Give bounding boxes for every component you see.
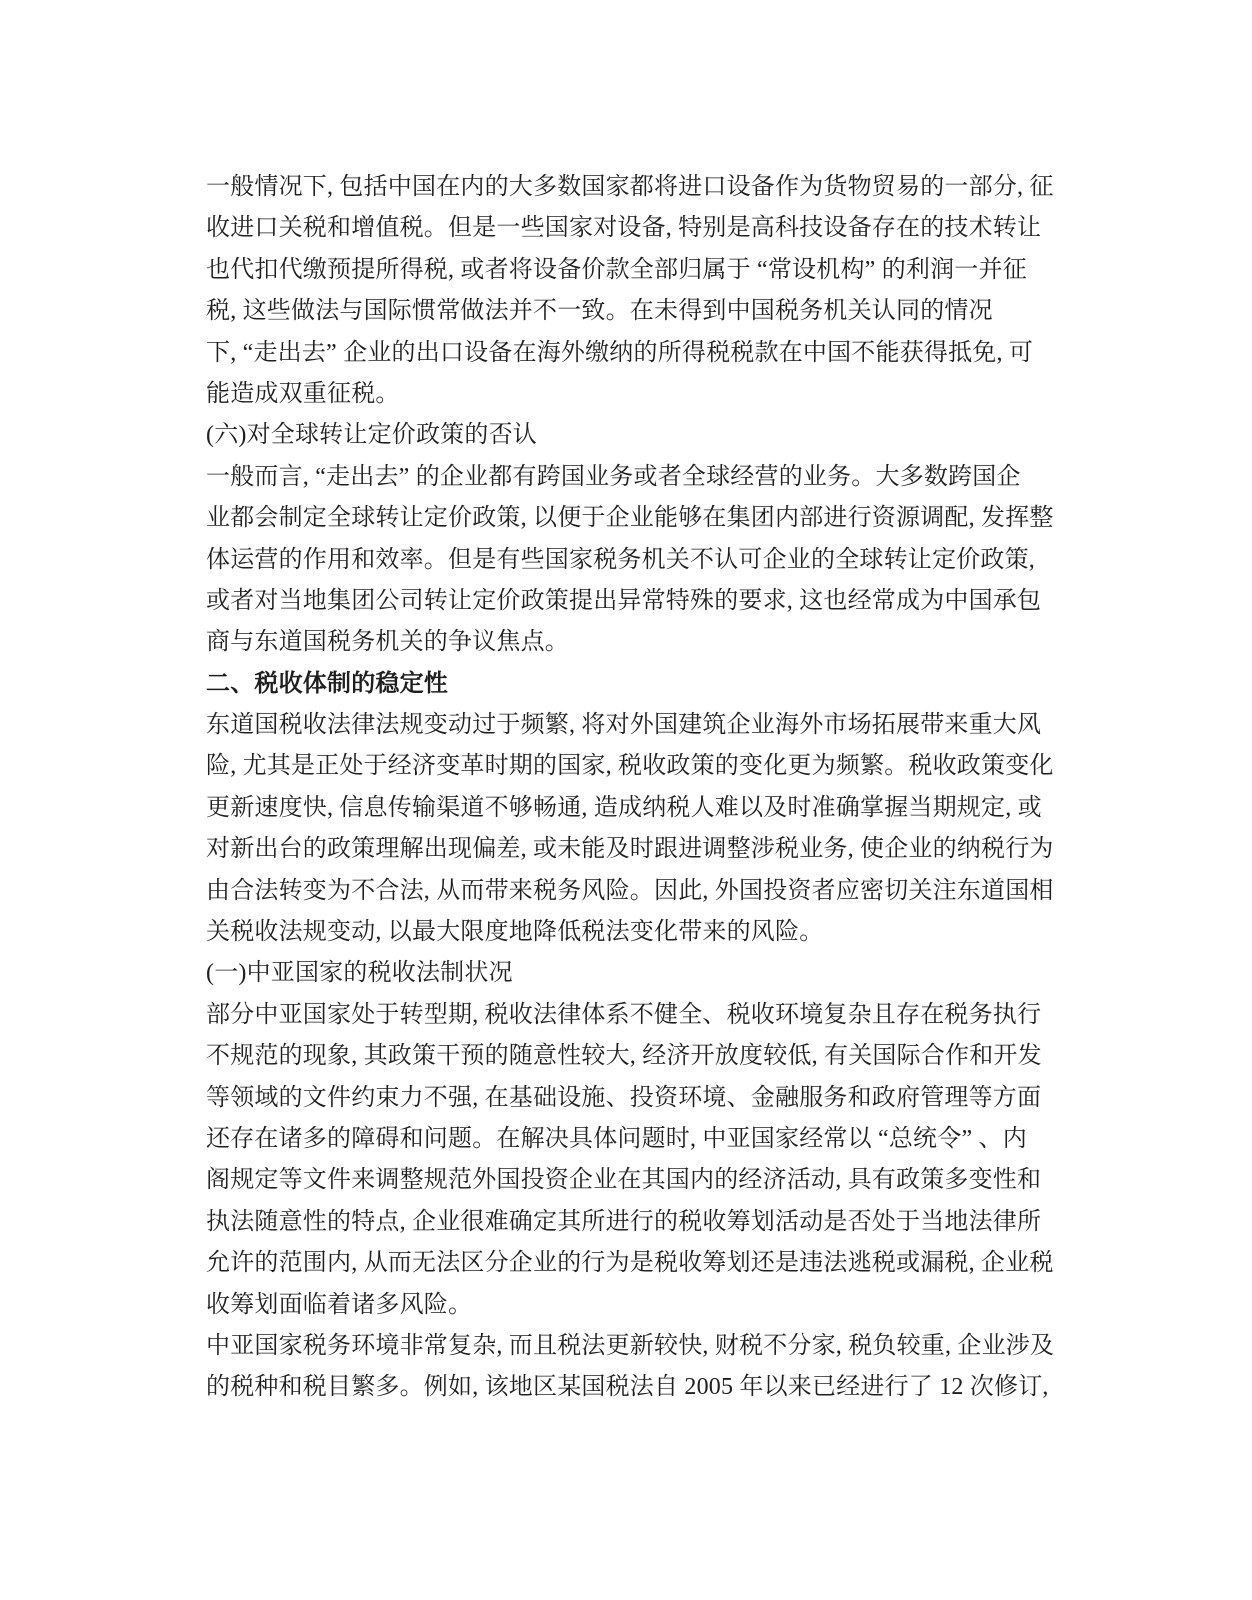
text-line: 下, “走出去” 企业的出口设备在海外缴纳的所得税税款在中国不能获得抵免, 可 bbox=[206, 333, 1052, 374]
text-line: 东道国税收法律法规变动过于频繁, 将对外国建筑企业海外市场拓展带来重大风 bbox=[206, 705, 1052, 746]
text-line: 由合法转变为不合法, 从而带来税务风险。因此, 外国投资者应密切关注东道国相 bbox=[206, 871, 1052, 912]
document-page: 一般情况下, 包括中国在内的大多数国家都将进口设备作为货物贸易的一部分, 征收进… bbox=[0, 0, 1252, 1600]
text-line: 商与东道国税务机关的争议焦点。 bbox=[206, 622, 1052, 663]
text-line: 或者对当地集团公司转让定价政策提出异常特殊的要求, 这也经常成为中国承包 bbox=[206, 581, 1052, 622]
text-line: 体运营的作用和效率。但是有些国家税务机关不认可企业的全球转让定价政策, bbox=[206, 540, 1052, 581]
text-line: 一般情况下, 包括中国在内的大多数国家都将进口设备作为货物贸易的一部分, 征 bbox=[206, 167, 1052, 208]
text-line: 关税收法规变动, 以最大限度地降低税法变化带来的风险。 bbox=[206, 912, 1052, 953]
text-line: 也代扣代缴预提所得税, 或者将设备价款全部归属于 “常设机构” 的利润一并征 bbox=[206, 250, 1052, 291]
text-line: 允许的范围内, 从而无法区分企业的行为是税收筹划还是违法逃税或漏税, 企业税 bbox=[206, 1243, 1052, 1284]
section-heading: 二、税收体制的稳定性 bbox=[206, 664, 1052, 705]
text-line: 部分中亚国家处于转型期, 税收法律体系不健全、税收环境复杂且存在税务执行 bbox=[206, 995, 1052, 1036]
text-line: 险, 尤其是正处于经济变革时期的国家, 税收政策的变化更为频繁。税收政策变化 bbox=[206, 746, 1052, 787]
text-line: 阁规定等文件来调整规范外国投资企业在其国内的经济活动, 具有政策多变性和 bbox=[206, 1160, 1052, 1201]
text-line: 等领域的文件约束力不强, 在基础设施、投资环境、金融服务和政府管理等方面 bbox=[206, 1078, 1052, 1119]
text-line: 税, 这些做法与国际惯常做法并不一致。在未得到中国税务机关认同的情况 bbox=[206, 291, 1052, 332]
text-line: 执法随意性的特点, 企业很难确定其所进行的税收筹划活动是否处于当地法律所 bbox=[206, 1202, 1052, 1243]
text-line: 不规范的现象, 其政策干预的随意性较大, 经济开放度较低, 有关国际合作和开发 bbox=[206, 1036, 1052, 1077]
text-line: 的税种和税目繁多。例如, 该地区某国税法自 2005 年以来已经进行了 12 次… bbox=[206, 1367, 1052, 1408]
text-line: 对新出台的政策理解出现偏差, 或未能及时跟进调整涉税业务, 使企业的纳税行为 bbox=[206, 829, 1052, 870]
text-line: 业都会制定全球转让定价政策, 以便于企业能够在集团内部进行资源调配, 发挥整 bbox=[206, 498, 1052, 539]
text-line: 中亚国家税务环境非常复杂, 而且税法更新较快, 财税不分家, 税负较重, 企业涉… bbox=[206, 1326, 1052, 1367]
text-line: 还存在诸多的障碍和问题。在解决具体问题时, 中亚国家经常以 “总统令” 、内 bbox=[206, 1119, 1052, 1160]
section-heading: (一)中亚国家的税收法制状况 bbox=[206, 953, 1052, 994]
text-line: 收筹划面临着诸多风险。 bbox=[206, 1285, 1052, 1326]
text-block: 一般情况下, 包括中国在内的大多数国家都将进口设备作为货物贸易的一部分, 征收进… bbox=[206, 167, 1052, 1409]
text-line: 更新速度快, 信息传输渠道不够畅通, 造成纳税人难以及时准确掌握当期规定, 或 bbox=[206, 788, 1052, 829]
text-line: 能造成双重征税。 bbox=[206, 374, 1052, 415]
text-line: 一般而言, “走出去” 的企业都有跨国业务或者全球经营的业务。大多数跨国企 bbox=[206, 457, 1052, 498]
text-line: 收进口关税和增值税。但是一些国家对设备, 特别是高科技设备存在的技术转让 bbox=[206, 208, 1052, 249]
section-heading: (六)对全球转让定价政策的否认 bbox=[206, 415, 1052, 456]
